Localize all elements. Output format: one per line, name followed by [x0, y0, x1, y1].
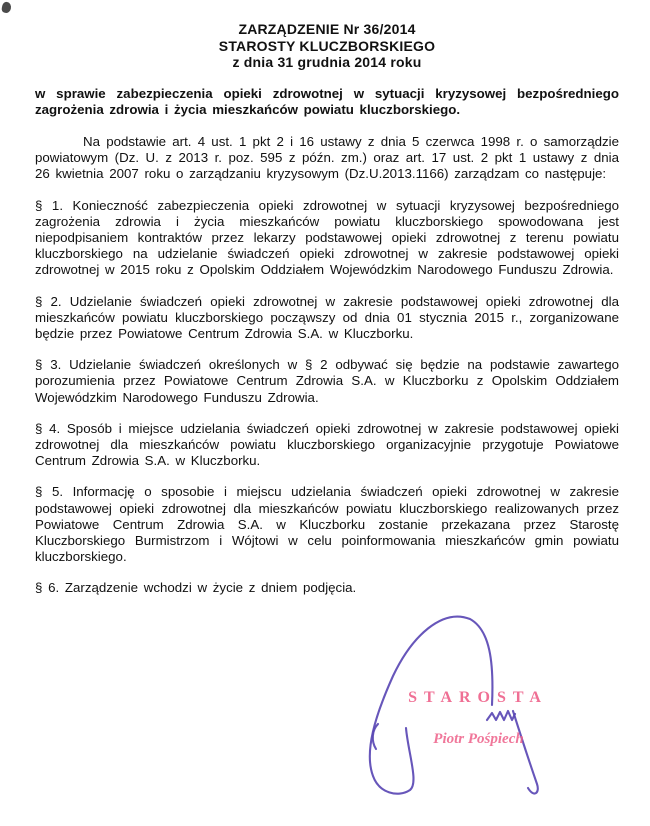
header-date-line: z dnia 31 grudnia 2014 roku [35, 54, 619, 71]
document-subject: w sprawie zabezpieczenia opieki zdrowotn… [35, 86, 619, 118]
signature-scribble [487, 711, 515, 720]
signature-j-stroke [513, 711, 538, 794]
header-authority-line: STAROSTY KLUCZBORSKIEGO [35, 38, 619, 55]
signature-paren-mark [373, 724, 378, 749]
section-paragraph-4: § 4. Sposób i miejsce udzielania świadcz… [35, 421, 619, 470]
signature-area: STAROSTA Piotr Pośpiech [0, 0, 650, 826]
legal-preamble: Na podstawie art. 4 ust. 1 pkt 2 i 16 us… [35, 134, 619, 183]
section-paragraph-3: § 3. Udzielanie świadczeń określonych w … [35, 357, 619, 406]
header-title-line: ZARZĄDZENIE Nr 36/2014 [35, 21, 619, 38]
section-paragraph-6: § 6. Zarządzenie wchodzi w życie z dniem… [35, 580, 619, 596]
section-paragraph-1: § 1. Konieczność zabezpieczenia opieki z… [35, 198, 619, 279]
stamp-signer-name: Piotr Pośpiech [406, 731, 551, 748]
document-header: ZARZĄDZENIE Nr 36/2014 STAROSTY KLUCZBOR… [35, 21, 619, 71]
scan-artifact-smudge [1, 1, 12, 14]
signature-loop-stroke [370, 617, 493, 794]
section-paragraph-2: § 2. Udzielanie świadczeń opieki zdrowot… [35, 294, 619, 343]
handwritten-signature-ink [330, 600, 620, 820]
section-paragraph-5: § 5. Informację o sposobie i miejscu udz… [35, 484, 619, 565]
stamp-title-text: STAROSTA [394, 689, 562, 707]
document-page: ZARZĄDZENIE Nr 36/2014 STAROSTY KLUCZBOR… [0, 0, 650, 826]
